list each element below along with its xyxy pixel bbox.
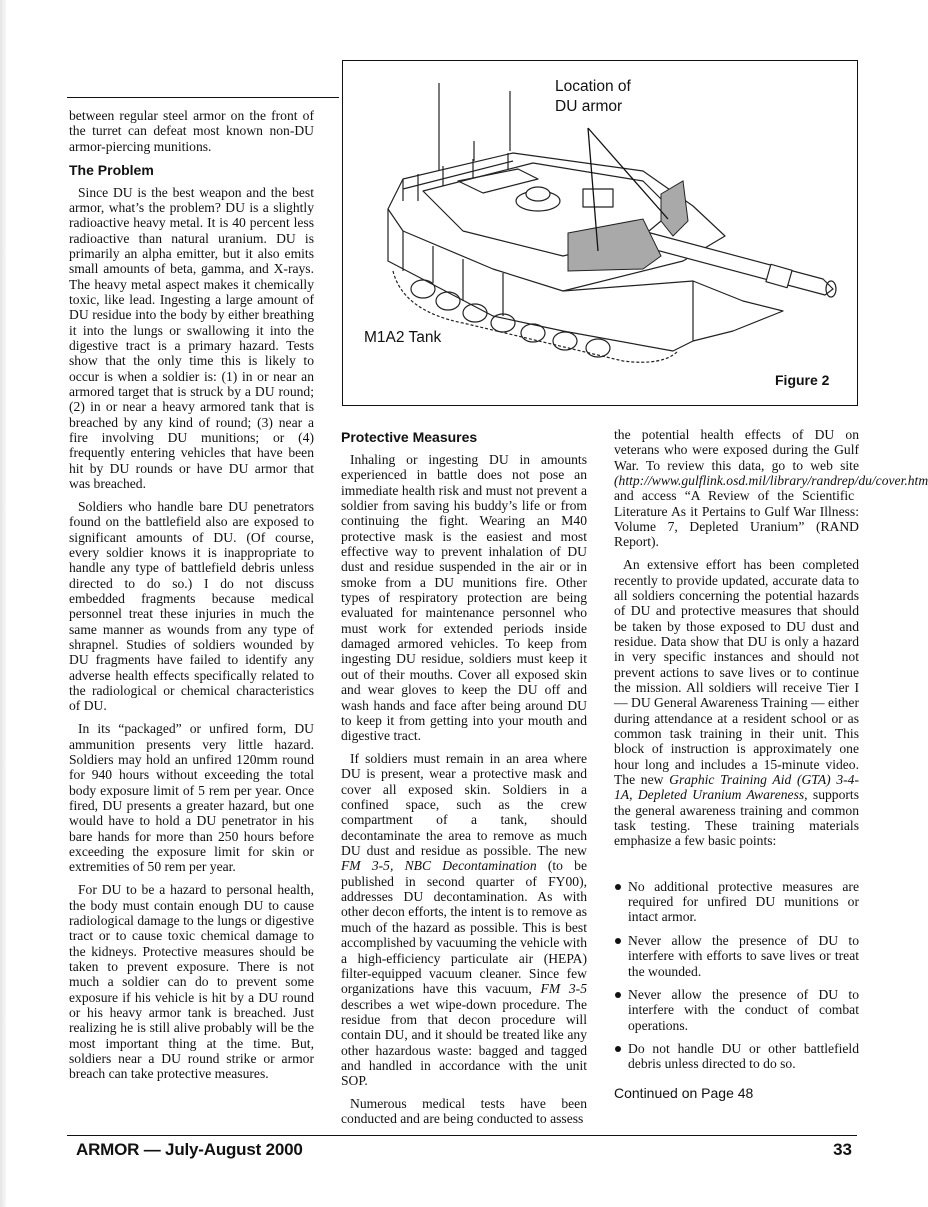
text-run: If soldiers must remain in an area where… [341, 751, 587, 858]
callout-line-1: Location of [555, 77, 631, 97]
page-number: 33 [833, 1140, 852, 1160]
bullet-item: Do not handle DU or other battlefield de… [614, 1041, 859, 1072]
paragraph: Soldiers who handle bare DU penetrators … [69, 499, 314, 714]
tank-label: M1A2 Tank [364, 328, 441, 348]
figure-callout-label: Location of DU armor [555, 77, 631, 117]
page-edge-shadow [0, 0, 6, 1207]
continued-on-page: Continued on Page 48 [614, 1086, 859, 1101]
paragraph: Since DU is the best weapon and the best… [69, 185, 314, 492]
column-2: Protective Measures Inhaling or ingestin… [341, 427, 587, 1134]
key-points-list: No additional protective measures are re… [614, 879, 859, 1072]
lead-paragraph: between regular steel armor on the front… [69, 108, 314, 154]
footer-rule [67, 1135, 857, 1136]
paragraph: An extensive effort has been completed r… [614, 557, 859, 849]
text-run: An extensive effort has been completed r… [614, 557, 859, 787]
paragraph: Inhaling or ingesting DU in amounts expe… [341, 452, 587, 744]
paragraph: the potential health effects of DU on ve… [614, 427, 859, 550]
text-run: (to be published in second quarter of FY… [341, 858, 587, 996]
text-run: and access “A Review of the Scientific L… [614, 488, 859, 549]
paragraph: Numerous medical tests have been conduct… [341, 1096, 587, 1127]
paragraph: If soldiers must remain in an area where… [341, 751, 587, 1089]
bullet-item: Never allow the presence of DU to interf… [614, 987, 859, 1033]
paragraph: In its “packaged” or unfired form, DU am… [69, 721, 314, 874]
publication-title: FM 3-5 [541, 981, 587, 996]
text-run: describes a wet wipe-down procedure. The… [341, 997, 587, 1089]
paragraph: For DU to be a hazard to personal health… [69, 882, 314, 1081]
section-heading-protective-measures: Protective Measures [341, 429, 587, 446]
callout-line-2: DU armor [555, 97, 631, 117]
top-rule [67, 97, 339, 98]
text-run: the potential health effects of DU on ve… [614, 427, 859, 473]
figure-2-tank-diagram: Location of DU armor M1A2 Tank Figure 2 [342, 60, 858, 406]
column-1: between regular steel armor on the front… [69, 108, 314, 1089]
bullet-item: No additional protective measures are re… [614, 879, 859, 925]
figure-number: Figure 2 [775, 370, 829, 390]
bullet-item: Never allow the presence of DU to interf… [614, 933, 859, 979]
section-heading-the-problem: The Problem [69, 162, 314, 179]
column-3: the potential health effects of DU on ve… [614, 427, 859, 1101]
publication-title: FM 3-5, NBC Decontamination [341, 858, 537, 873]
web-link[interactable]: (http://www.gulflink.osd.mil/library/ran… [614, 473, 928, 488]
publication-footer: ARMOR — July-August 2000 [76, 1140, 303, 1160]
